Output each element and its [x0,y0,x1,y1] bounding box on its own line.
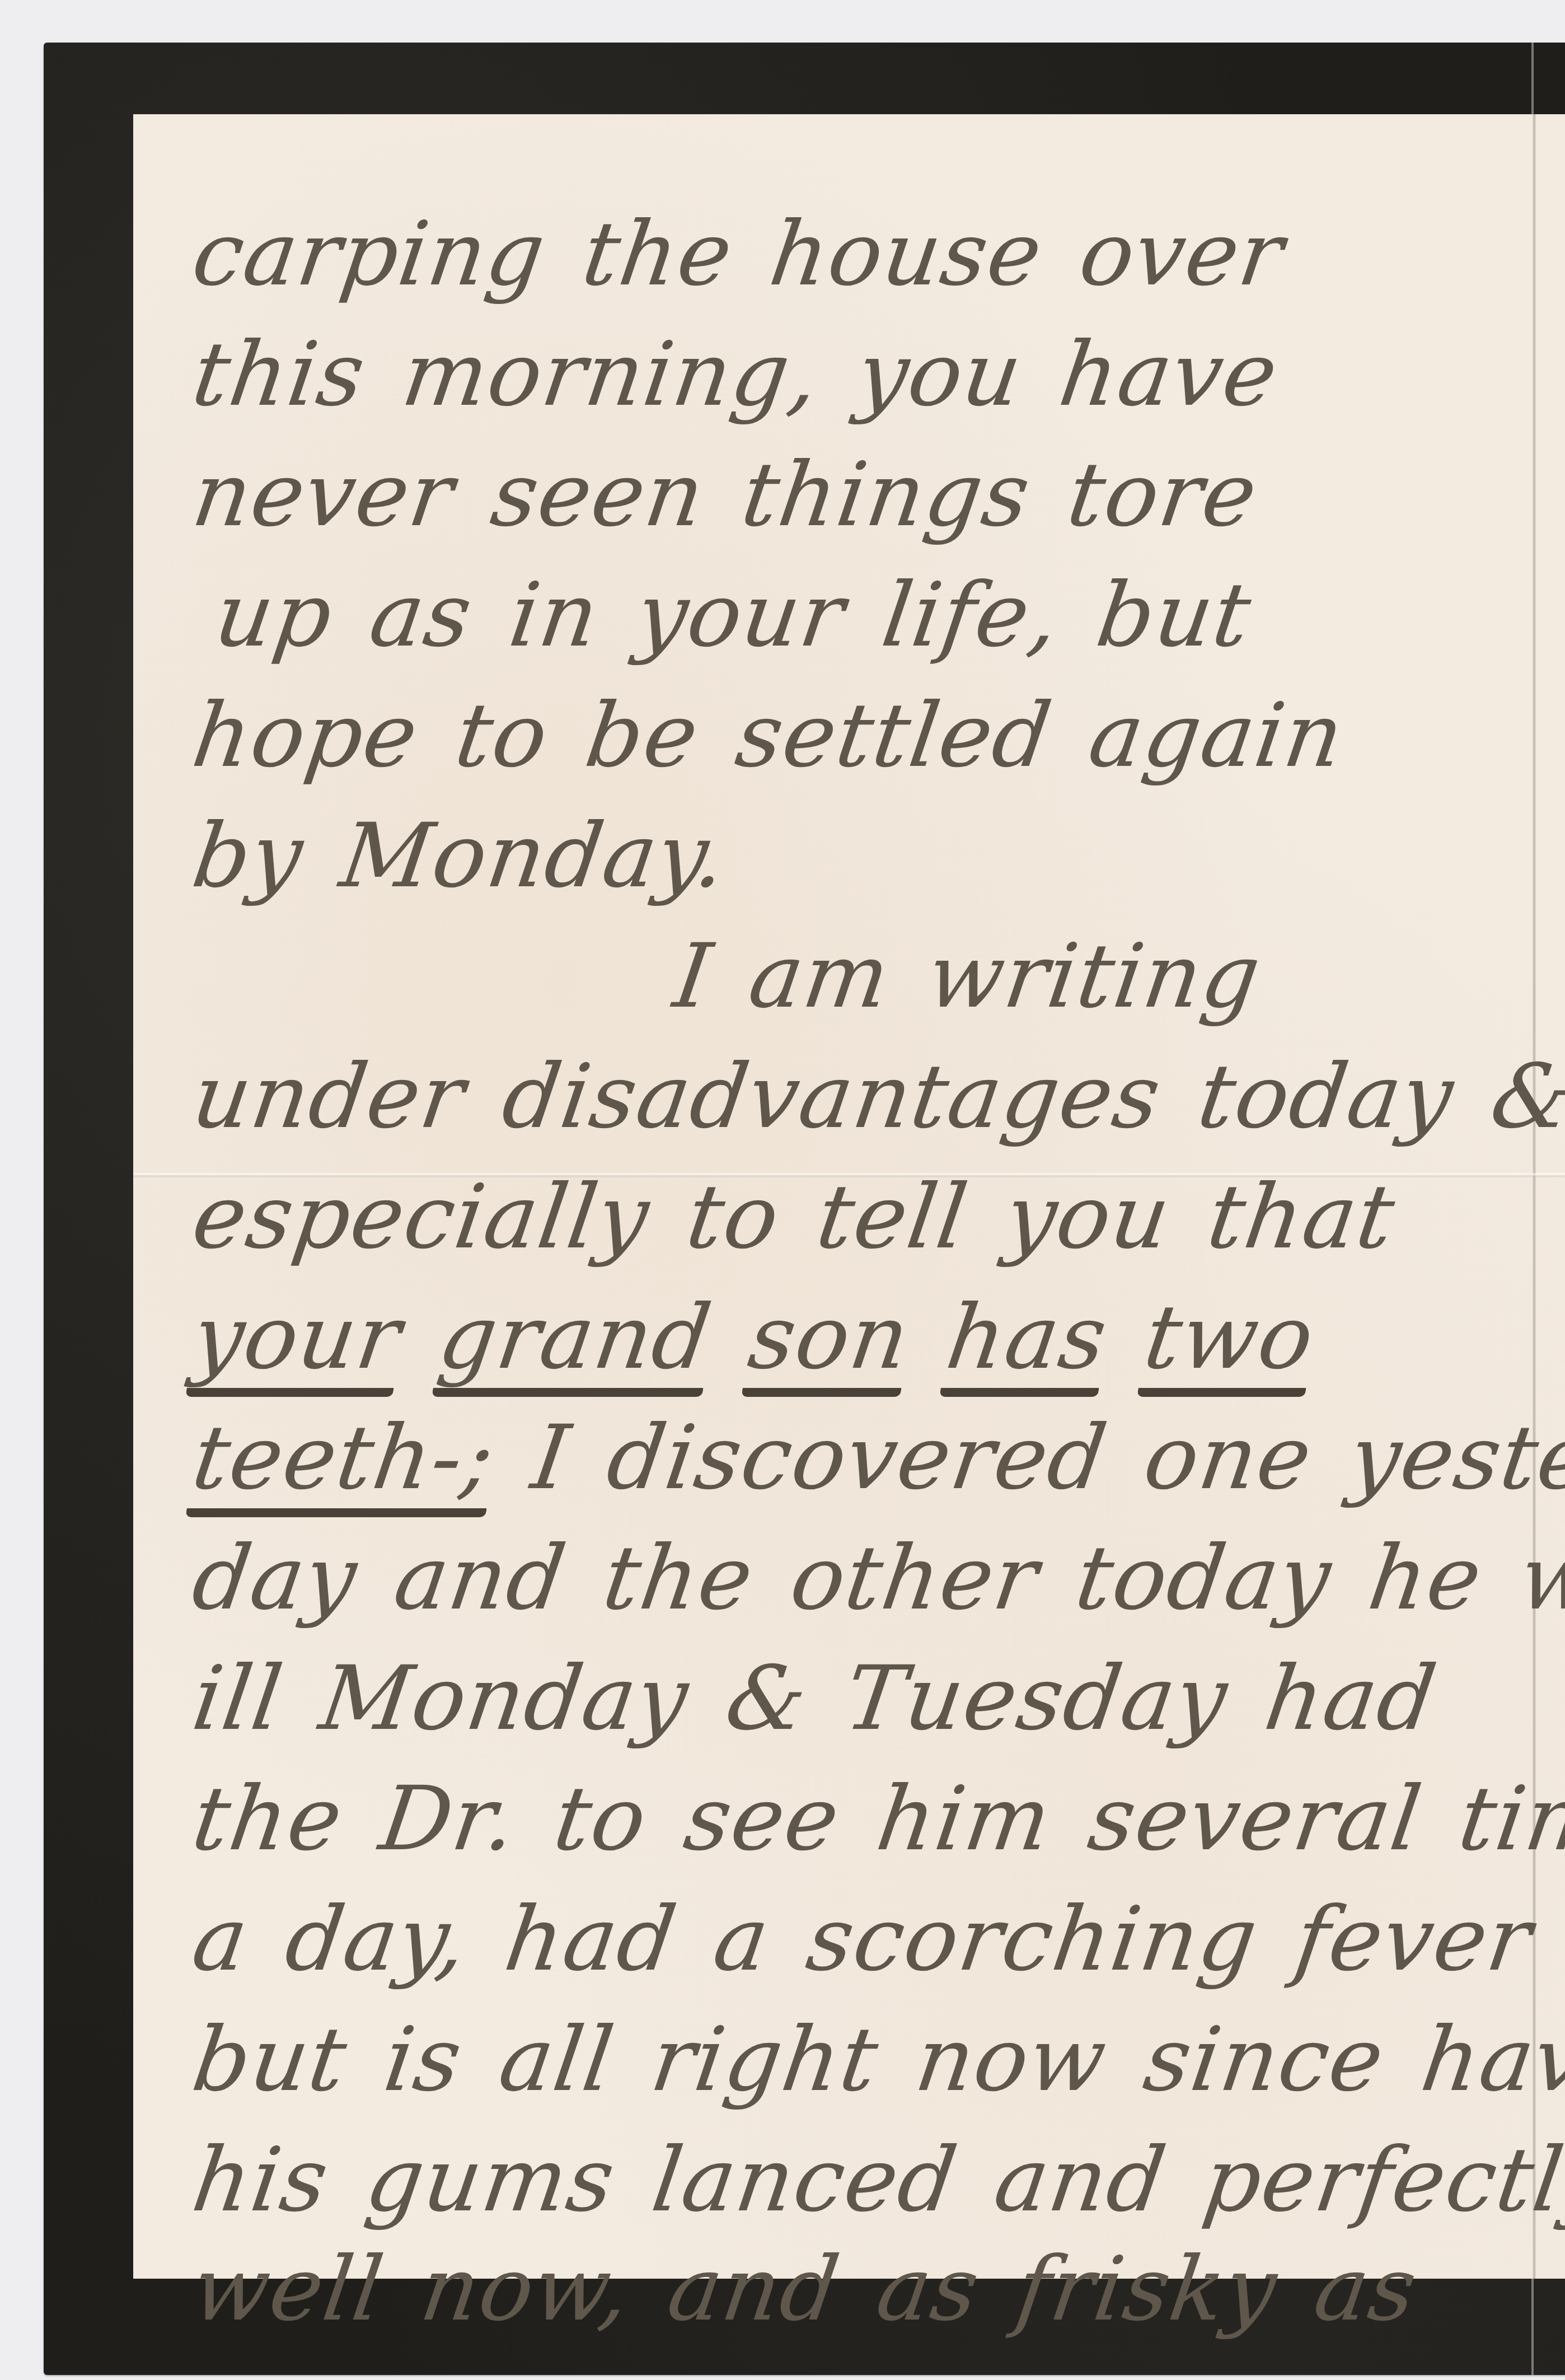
underlined-word: teeth-; [185,1408,501,1517]
word: now, [412,2217,640,2362]
word: & [1482,1024,1565,1170]
underlined-word: grand [432,1287,718,1397]
vertical-fold-bottom-border [1531,2279,1534,2375]
word: frisky [1008,2217,1287,2362]
underlined-word: son [742,1287,916,1397]
word: and [659,2217,849,2362]
vertical-fold-top-border [1531,43,1534,114]
word: as [868,2217,989,2362]
mourning-stationery-sheet: carpingthehouseover thismorning,youhave … [44,43,1565,2375]
word: settled [727,663,1061,808]
letter-paper: carpingthehouseover thismorning,youhave … [133,114,1565,2279]
word: again [1080,663,1353,808]
word: by [184,783,313,929]
underlined-word: two [1137,1287,1320,1397]
word: was [1510,1505,1565,1651]
word: as [1305,2217,1426,2362]
word: well [184,2217,393,2362]
text-line-18: wellnow,andasfriskyas [184,2217,1465,2362]
word: Monday. [331,783,736,929]
underlined-word: has [940,1287,1114,1397]
underlined-word: your [185,1287,407,1397]
